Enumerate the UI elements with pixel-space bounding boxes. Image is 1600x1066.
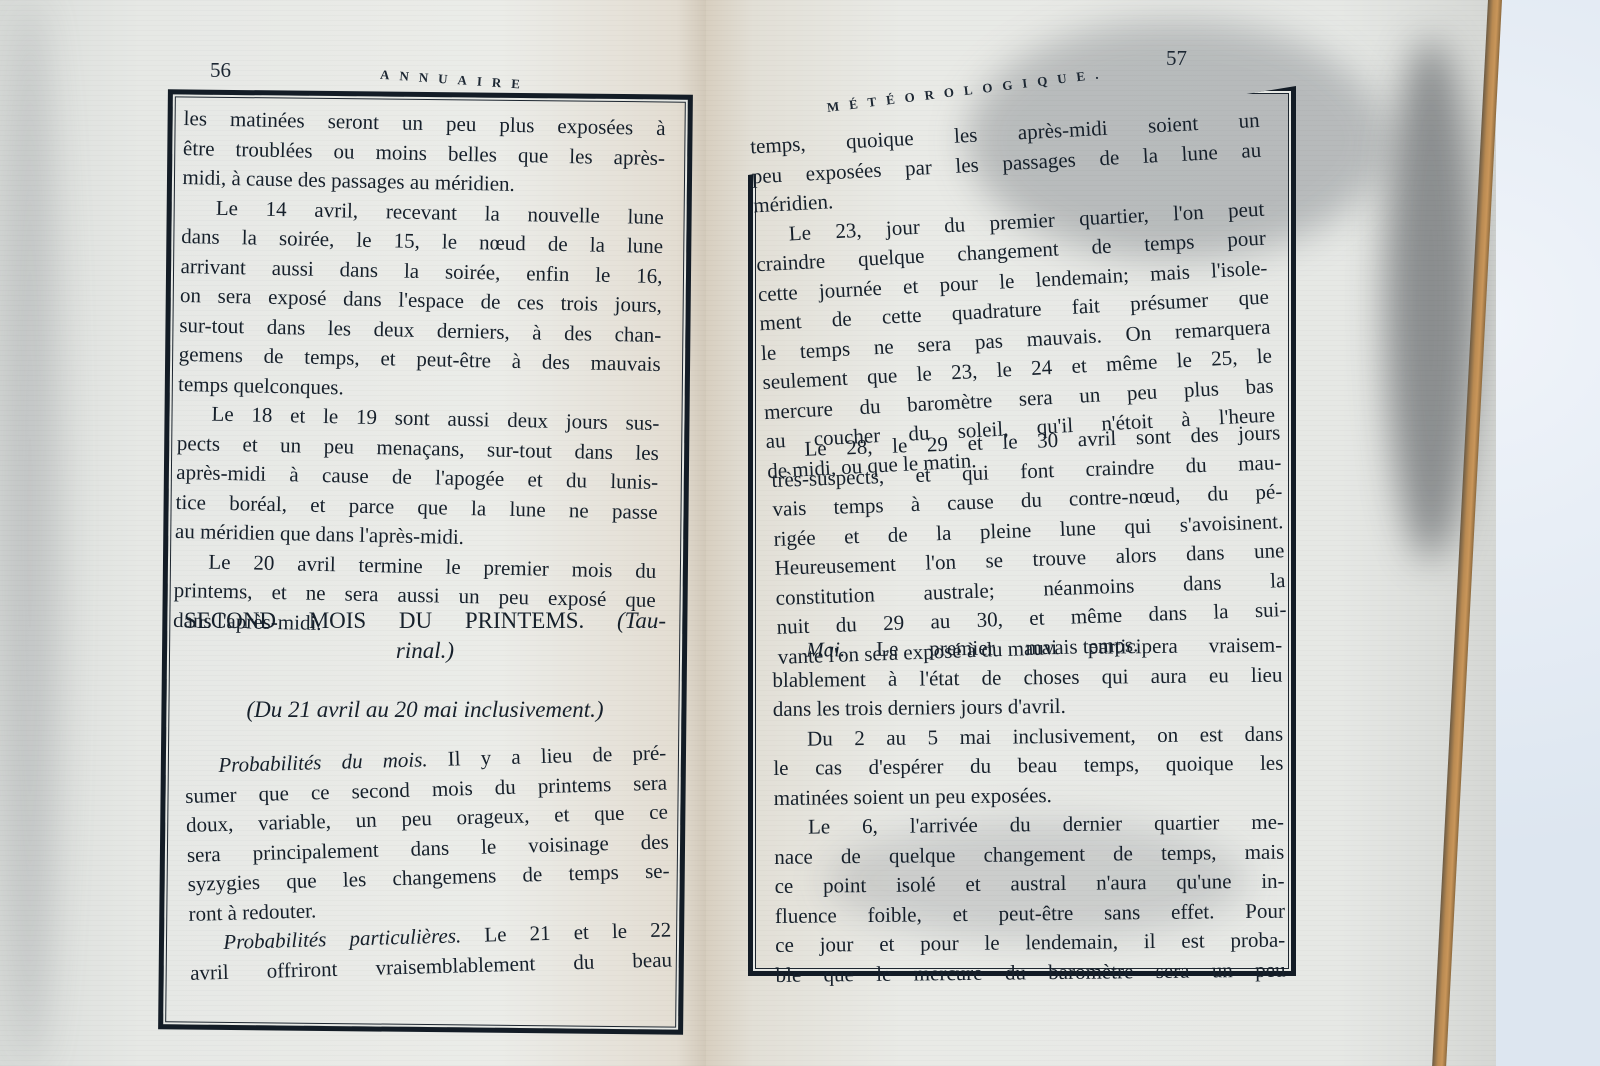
section-heading-continuation: rinal.) [184,636,666,666]
text-line: ce jour et pour le lendemain, il est pro… [775,926,1285,961]
open-book: 56 ANNUAIRE les matinées seront un peu p… [0,0,1600,1066]
probabilities-particular-label: Probabilités particulières. [223,923,462,954]
mai-label: Mai. [806,637,845,661]
text-line: ce point isolé et austral n'aura qu'une … [774,867,1284,902]
probabilities-block: Probabilités du mois. Il y a lieu de pré… [184,739,672,988]
right-page: 57 MÉTÉOROLOGIQUE. temps, quoique les ap… [706,0,1496,1066]
text-line: Le 6, l'arrivée du dernier quartier me- [774,808,1284,843]
left-page: 56 ANNUAIRE les matinées seront un peu p… [0,0,712,1066]
page-number: 56 [210,58,231,83]
text-line: blablement à l'état de choses qui aura e… [772,660,1282,695]
date-range: (Du 21 avril au 20 mai inclusivement.) [184,695,666,725]
text-line: ble que le mercure du baromètre sera un … [775,955,1285,990]
right-text-bottom-block: Mai. Le premier mai participera vraisem-… [772,631,1286,990]
left-text-block: les matinées seront un peu plus exposées… [173,104,666,645]
text-line: Mai. Le premier mai participera vraisem- [772,631,1282,666]
section-heading-block: SECOND MOIS DU PRINTEMS. (Tau- rinal.) (… [184,606,666,725]
section-heading: SECOND MOIS DU PRINTEMS. (Tau- [184,606,666,636]
probabilities-month-label: Probabilités du mois. [218,747,428,777]
running-head: ANNUAIRE [380,67,531,93]
running-head: MÉTÉOROLOGIQUE. [826,65,1109,115]
text-line: le cas d'espérer du beau temps, quoique … [773,749,1283,784]
page-number: 57 [1166,46,1187,71]
